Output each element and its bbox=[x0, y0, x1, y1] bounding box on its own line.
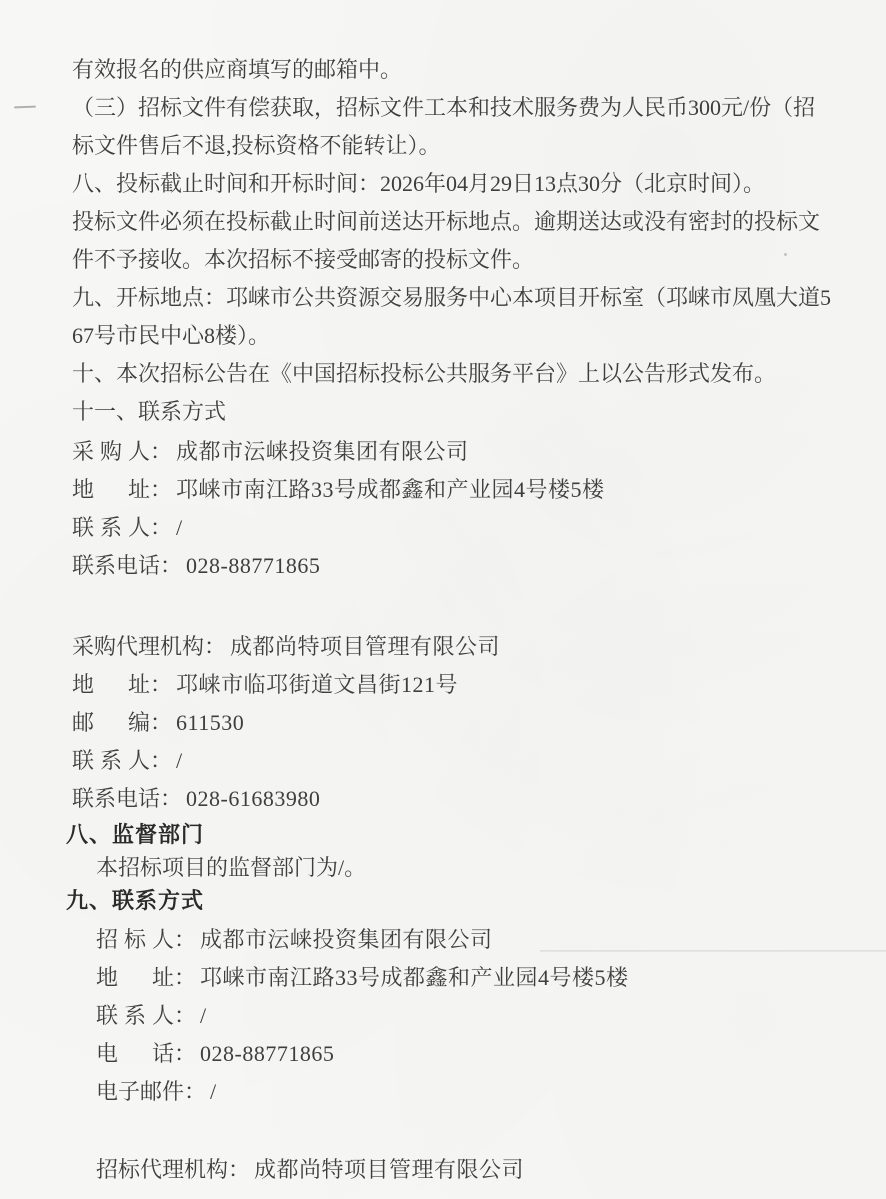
contact-label: 地址 bbox=[96, 959, 174, 997]
label-colon: ： bbox=[174, 997, 196, 1035]
contact-row: 采购人：成都市沄崃投资集团有限公司 bbox=[72, 433, 605, 471]
purchaser-contact-block: 采购人：成都市沄崃投资集团有限公司 地址：邛崃市南江路33号成都鑫和产业园4号楼… bbox=[72, 433, 605, 585]
section-8-heading: 八、监督部门 bbox=[66, 818, 204, 851]
contact-label: 采购代理机构 bbox=[72, 628, 204, 666]
contact-value: 邛崃市南江路33号成都鑫和产业园4号楼5楼 bbox=[176, 471, 605, 509]
contact-value: 邛崃市南江路33号成都鑫和产业园4号楼5楼 bbox=[200, 959, 629, 997]
contact-label: 地址 bbox=[72, 666, 150, 704]
label-colon: ： bbox=[150, 433, 172, 471]
contact-label: 联系电话 bbox=[72, 780, 160, 818]
label-colon: ： bbox=[150, 666, 172, 704]
label-colon: ： bbox=[204, 628, 226, 666]
contact-row: 联系电话：028-61683980 bbox=[72, 780, 500, 818]
label-colon: ： bbox=[228, 1151, 250, 1189]
paragraph-line: 八、投标截止时间和开标时间：2026年04月29日13点30分（北京时间）。 bbox=[72, 165, 831, 203]
label-colon: ： bbox=[174, 1035, 196, 1073]
label-colon: ： bbox=[150, 704, 172, 742]
label-colon: ： bbox=[160, 780, 182, 818]
label-colon: ： bbox=[184, 1073, 206, 1111]
label-colon: ： bbox=[174, 959, 196, 997]
procure-agency-block: 采购代理机构：成都尚特项目管理有限公司 地址：邛崃市临邛街道文昌街121号 邮编… bbox=[72, 628, 500, 818]
paragraph-line: 有效报名的供应商填写的邮箱中。 bbox=[72, 51, 831, 89]
label-colon: ： bbox=[174, 921, 196, 959]
paragraph-line: 十、本次招标公告在《中国招标投标公共服务平台》上以公告形式发布。 bbox=[72, 355, 831, 393]
contact-row: 采购代理机构：成都尚特项目管理有限公司 bbox=[72, 628, 500, 666]
contact-value: 028-88771865 bbox=[186, 547, 320, 585]
contact-value: / bbox=[200, 997, 207, 1035]
contact-row: 招标人：成都市沄崃投资集团有限公司 bbox=[96, 921, 629, 959]
paragraph-line: 投标文件必须在投标截止时间前送达开标地点。逾期送达或没有密封的投标文 bbox=[72, 203, 831, 241]
scan-dash-artifact bbox=[14, 106, 36, 109]
contact-value: 028-88771865 bbox=[200, 1035, 334, 1073]
contact-row: 联系电话：028-88771865 bbox=[72, 547, 605, 585]
section-11-heading: 十一、联系方式 bbox=[72, 393, 831, 431]
contact-label: 电话 bbox=[96, 1035, 174, 1073]
contact-label: 联系人 bbox=[72, 742, 150, 780]
contact-value: / bbox=[176, 509, 183, 547]
contact-value: 611530 bbox=[176, 704, 244, 742]
contact-label: 联系电话 bbox=[72, 547, 160, 585]
section-8-body: 本招标项目的监督部门为/。 bbox=[96, 851, 366, 884]
contact-value: / bbox=[210, 1073, 217, 1111]
contact-row: 联系人：/ bbox=[72, 742, 500, 780]
document-page: 有效报名的供应商填写的邮箱中。 （三）招标文件有偿获取，招标文件工本和技术服务费… bbox=[0, 0, 886, 1199]
contact-label: 采购人 bbox=[72, 433, 150, 471]
section-9-contact-block: 招标人：成都市沄崃投资集团有限公司 地址：邛崃市南江路33号成都鑫和产业园4号楼… bbox=[96, 921, 629, 1111]
label-colon: ： bbox=[150, 471, 172, 509]
tender-agency-row: 招标代理机构：成都尚特项目管理有限公司 bbox=[96, 1151, 524, 1189]
label-colon: ： bbox=[160, 547, 182, 585]
contact-value: 成都尚特项目管理有限公司 bbox=[230, 628, 500, 666]
paragraph-line: 标文件售后不退,投标资格不能转让）。 bbox=[72, 127, 831, 165]
main-paragraph-block: 有效报名的供应商填写的邮箱中。 （三）招标文件有偿获取，招标文件工本和技术服务费… bbox=[72, 51, 831, 431]
contact-value: 成都市沄崃投资集团有限公司 bbox=[176, 433, 469, 471]
paragraph-line: 件不予接收。本次招标不接受邮寄的投标文件。 bbox=[72, 241, 831, 279]
contact-row: 电子邮件：/ bbox=[96, 1073, 629, 1111]
contact-row: 联系人：/ bbox=[72, 509, 605, 547]
contact-value: 成都市沄崃投资集团有限公司 bbox=[200, 921, 493, 959]
contact-label: 招标人 bbox=[96, 921, 174, 959]
contact-row: 电话：028-88771865 bbox=[96, 1035, 629, 1073]
contact-row: 联系人：/ bbox=[96, 997, 629, 1035]
contact-label: 地址 bbox=[72, 471, 150, 509]
contact-value: / bbox=[176, 742, 183, 780]
section-9-heading: 九、联系方式 bbox=[66, 884, 204, 917]
paragraph-line: 67号市民中心8楼）。 bbox=[72, 317, 831, 355]
contact-row: 邮编：611530 bbox=[72, 704, 500, 742]
contact-label: 邮编 bbox=[72, 704, 150, 742]
contact-row: 地址：邛崃市南江路33号成都鑫和产业园4号楼5楼 bbox=[72, 471, 605, 509]
contact-value: 028-61683980 bbox=[186, 780, 320, 818]
label-colon: ： bbox=[150, 509, 172, 547]
paragraph-line: （三）招标文件有偿获取，招标文件工本和技术服务费为人民币300元/份（招 bbox=[72, 89, 831, 127]
contact-label: 电子邮件 bbox=[96, 1073, 184, 1111]
contact-row: 地址：邛崃市临邛街道文昌街121号 bbox=[72, 666, 500, 704]
paragraph-line: 九、开标地点：邛崃市公共资源交易服务中心本项目开标室（邛崃市凤凰大道5 bbox=[72, 279, 831, 317]
label-colon: ： bbox=[150, 742, 172, 780]
contact-value: 成都尚特项目管理有限公司 bbox=[254, 1151, 524, 1189]
contact-label: 联系人 bbox=[72, 509, 150, 547]
contact-label: 招标代理机构 bbox=[96, 1151, 228, 1189]
contact-label: 联系人 bbox=[96, 997, 174, 1035]
contact-value: 邛崃市临邛街道文昌街121号 bbox=[176, 666, 458, 704]
contact-row: 地址：邛崃市南江路33号成都鑫和产业园4号楼5楼 bbox=[96, 959, 629, 997]
